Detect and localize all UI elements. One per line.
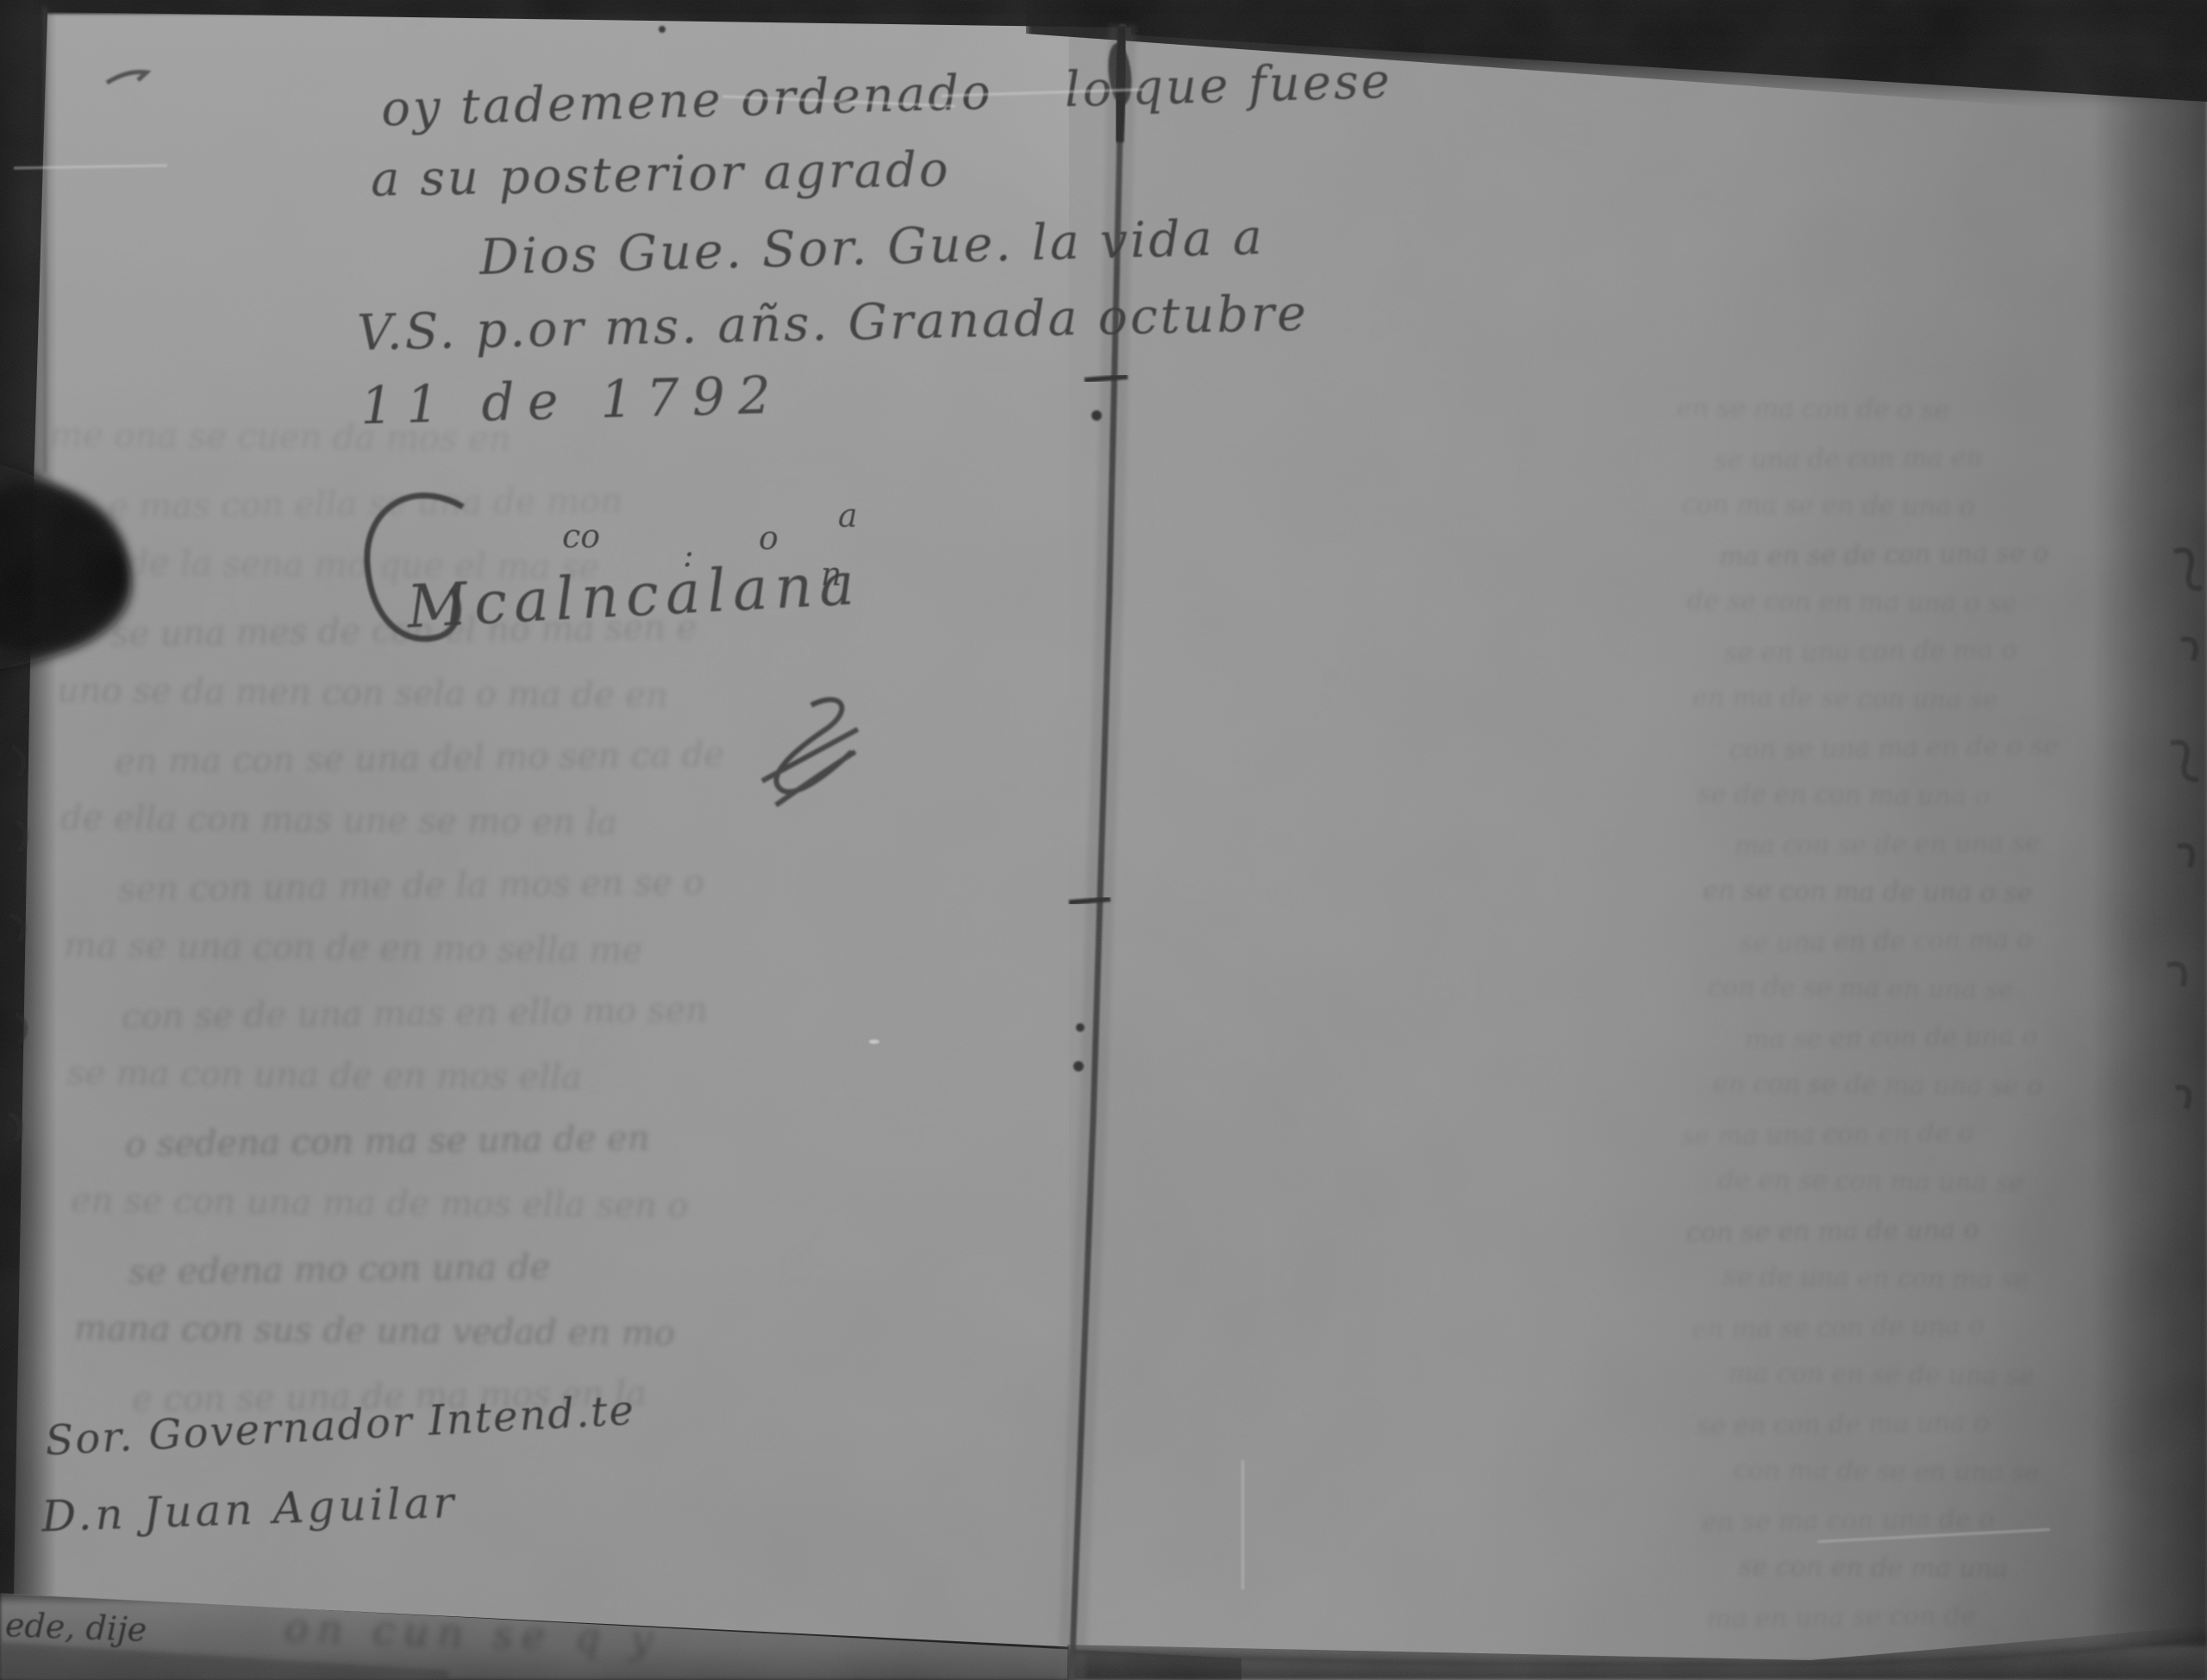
signature-superscript: :	[683, 536, 694, 574]
bleedthrough-line: ma en se de con una se o	[1719, 528, 2126, 582]
bleedthrough-line: se en una con de ma o	[1724, 625, 2126, 678]
bleedthrough-line: con se una ma en de o se	[1729, 721, 2126, 775]
bleedthrough-line: se una de con ma en	[1714, 432, 2126, 485]
bleedthrough-line: con de se ma en una se	[1708, 964, 2125, 1015]
scratch-line	[1241, 1460, 1244, 1589]
bleedthrough-line: en ma se con de una o	[1691, 1301, 2126, 1354]
bleedthrough-line: con ma se en de una o	[1682, 481, 2125, 533]
bleedthrough-line: en con se de ma una se o	[1713, 1060, 2125, 1112]
right-page-edge-shadow	[2093, 69, 2207, 1646]
right-page-bleedthrough: en se ma con de o sese una de con ma enc…	[1677, 386, 2125, 1641]
bleedthrough-line: sen con una me de la mos en se o	[118, 849, 844, 921]
bleedthrough-line: con se en ma de una o	[1686, 1204, 2126, 1258]
bleedthrough-line: se una en de con ma o	[1740, 915, 2126, 967]
bleedthrough-line: ma se una con de en mo sella me	[64, 914, 844, 984]
signature-superscript: n	[821, 555, 841, 593]
bleedthrough-line: ma en una se con de	[1707, 1590, 2126, 1644]
bleedthrough-line: mana con sus de una vedad en mo	[74, 1296, 844, 1367]
bleedthrough-line: ma con en se de una se	[1729, 1350, 2125, 1402]
left-page-edge-line	[43, 7, 47, 472]
closing-line-2: a su posterior agrado	[370, 141, 951, 208]
bleedthrough-line: se edena mo con una de	[128, 1232, 844, 1304]
bleedthrough-line: o sedena con ma se una de en	[125, 1104, 844, 1177]
closing-line-date: 11 de 1792	[359, 365, 785, 437]
bleedthrough-line: se en con de ma una o	[1697, 1397, 2126, 1451]
bleedthrough-line: en se ma con una de o	[1702, 1494, 2126, 1547]
bleedthrough-line: se de una en con ma se	[1723, 1253, 2125, 1305]
bleedthrough-line: ma con se de en una se	[1735, 818, 2126, 871]
bleedthrough-line: e mas con ella se una de mon	[108, 466, 844, 539]
bleedthrough-line: en ma de se con una se	[1692, 674, 2125, 726]
bleedthrough-line: con se de una mas en ello mo sen	[122, 977, 844, 1049]
signature-superscript: co	[562, 517, 600, 555]
bleedthrough-line: se con en de ma una	[1739, 1543, 2125, 1595]
microfilm-document-scan: me ona se cuen da mos ene mas con ella s…	[0, 0, 2207, 1680]
bleedthrough-line: de en se con ma una se	[1718, 1157, 2125, 1208]
bottom-partial-text: ede, dije	[4, 1606, 147, 1649]
bleedthrough-line: de se con en ma una o se	[1687, 578, 2125, 629]
bleedthrough-line: ma se en con de una o	[1745, 1011, 2126, 1064]
bleedthrough-line: en se con una ma de mos ella sen o	[71, 1169, 844, 1240]
bleedthrough-line: de ella con mas une se mo en la	[60, 786, 844, 857]
bleedthrough-line: se ma una con en de o	[1681, 1108, 2126, 1161]
signature-superscript: o	[759, 519, 778, 557]
bleedthrough-line: se ma con una de en mos ella	[67, 1041, 844, 1112]
bleedthrough-line: con ma de se en una se	[1734, 1446, 2125, 1498]
bleedthrough-line: en ma con se una del mo sen ca de	[115, 721, 844, 794]
bleedthrough-line: en se ma con de o se	[1677, 384, 2125, 437]
bleedthrough-line: se de en con ma una o	[1697, 771, 2125, 822]
bleedthrough-line: uno se da men con sela o ma de en	[57, 659, 844, 729]
signature-superscript: a	[838, 497, 858, 534]
dust-speck	[869, 1040, 879, 1044]
bleedthrough-line: en se con ma de una o se	[1703, 867, 2125, 919]
